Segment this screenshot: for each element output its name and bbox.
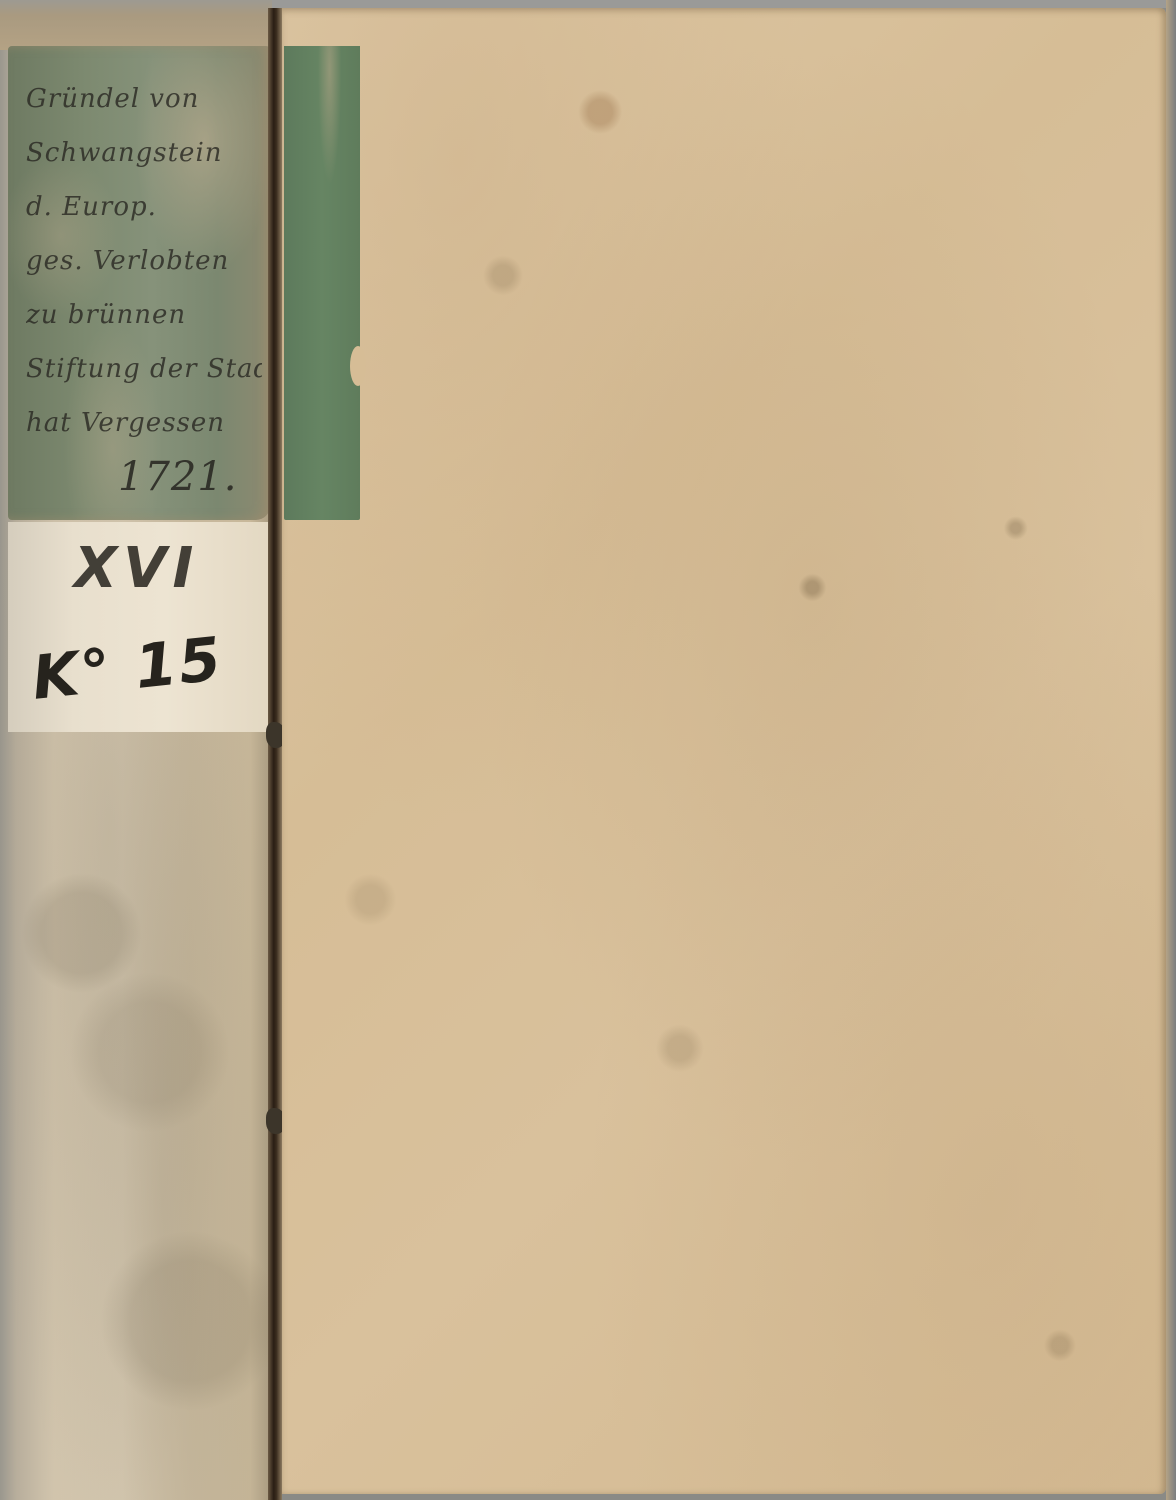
title-line: Schwangstein (26, 138, 262, 168)
spine-head-cap (0, 0, 272, 50)
title-line: ges. Verlobten (26, 246, 262, 276)
background-right-edge (1166, 0, 1176, 1500)
book-photo: Gründel von Schwangstein d. Europ. ges. … (0, 0, 1176, 1500)
title-year: 1721. (118, 454, 262, 500)
shelf-mark-number: K° 15 (29, 624, 226, 714)
shelf-mark-volume: XVI (74, 536, 199, 601)
spine-hinge (268, 8, 282, 1500)
spine-title-label: Gründel von Schwangstein d. Europ. ges. … (8, 46, 270, 520)
green-paper-strip (284, 46, 360, 520)
title-line: Stiftung der Stadt (26, 354, 262, 384)
title-line: hat Vergessen (26, 408, 262, 438)
title-line: d. Europ. (26, 192, 262, 222)
title-line: zu brünnen (26, 300, 262, 330)
title-line: Gründel von (26, 84, 262, 114)
front-cover-board (282, 8, 1166, 1494)
shelf-mark-label: XVI K° 15 (8, 522, 270, 732)
strip-notch (350, 346, 366, 386)
